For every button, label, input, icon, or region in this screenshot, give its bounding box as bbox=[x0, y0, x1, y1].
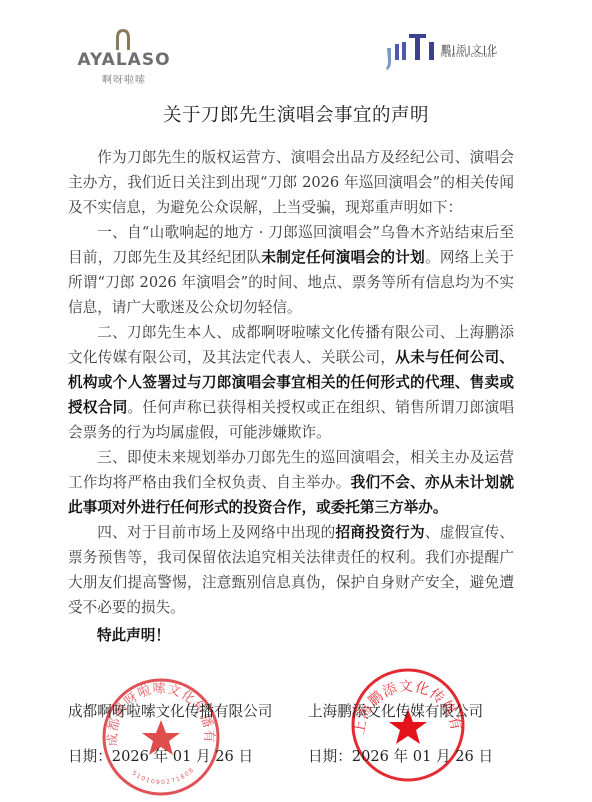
company-name-en: PENGTIAN CULTURE bbox=[441, 54, 495, 59]
signatory-company-chengdu: 成都啊呀啦嗦文化传播有限公司 bbox=[68, 700, 272, 721]
company-seal-chengdu-icon: 成都啊呀啦嗦文化传播有限公司 5101090271808 bbox=[100, 676, 222, 798]
brand-name: AYALASO bbox=[62, 50, 186, 70]
point-3: 三、即使未来规划举办刀郎先生的巡回演唱会，相关主办及运营工作均将严格由我们全权负… bbox=[68, 445, 514, 520]
jiiti-mark-icon bbox=[385, 30, 437, 70]
seal-serial: 5101090271808 bbox=[130, 766, 196, 786]
document-title: 关于刀郎先生演唱会事宜的声明 bbox=[0, 101, 592, 127]
signatory-company-shanghai: 上海鹏添文化传媒有限公司 bbox=[308, 700, 483, 721]
statement-body: 作为刀郎先生的版权运营方、演唱会出品方及经纪公司、演唱会主办方，我们近日关注到出… bbox=[68, 145, 514, 620]
point-text: 四、对于目前市场上及网络中出现的 bbox=[97, 524, 335, 541]
point-emphasis: 未制定任何演唱会的计划 bbox=[261, 249, 425, 266]
point-4: 四、对于目前市场上及网络中出现的招商投资行为、虚假宣传、票务预售等，我司保留依法… bbox=[68, 520, 514, 620]
brand-name-cn: 啊呀啦嗦 bbox=[62, 71, 186, 86]
svg-text:5101090271808: 5101090271808 bbox=[130, 766, 196, 786]
signature-date-shanghai: 日期：2026 年 01 月 26 日 bbox=[308, 745, 493, 766]
point-2: 二、刀郎先生本人、成都啊呀啦嗦文化传播有限公司、上海鹏添文化传媒有限公司，及其法… bbox=[68, 320, 514, 445]
letterhead: AYALASO 啊呀啦嗦 鵬|添|文|化 PENGTIAN CULTURE bbox=[0, 0, 592, 95]
company-seal-shanghai-icon: 上海鹏添文化传媒有限公司 bbox=[348, 665, 468, 785]
arch-logo-icon bbox=[114, 28, 132, 50]
ayalaso-logo: AYALASO 啊呀啦嗦 bbox=[62, 28, 186, 86]
point-1: 一、自“山歌响起的地方 · 刀郎巡回演唱会”乌鲁木齐站结束后至目前，刀郎先生及其… bbox=[68, 220, 514, 320]
point-emphasis: 招商投资行为 bbox=[336, 524, 425, 541]
pengtian-logo: 鵬|添|文|化 PENGTIAN CULTURE bbox=[385, 30, 520, 72]
point-text: 。任何声称已获得相关授权或正在组织、销售所谓刀郎演唱会票务的行为均属虚假，可能涉… bbox=[68, 399, 514, 441]
signature-date-chengdu: 日期：2026 年 01 月 26 日 bbox=[68, 745, 253, 766]
closing-statement: 特此声明！ bbox=[97, 624, 170, 645]
intro-paragraph: 作为刀郎先生的版权运营方、演唱会出品方及经纪公司、演唱会主办方，我们近日关注到出… bbox=[68, 145, 514, 220]
